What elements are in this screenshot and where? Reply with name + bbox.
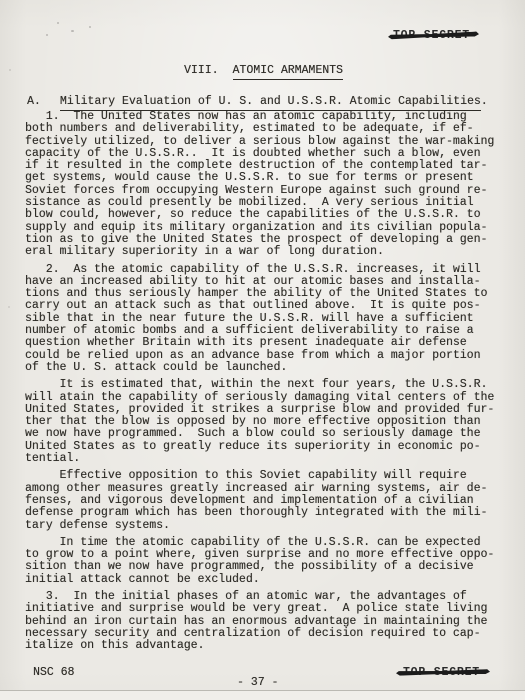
title-text: ATOMIC ARMAMENTS xyxy=(233,64,343,80)
paragraph-6: 3. In the initial phases of an atomic wa… xyxy=(25,591,511,652)
scanned-document-page: { "doc": { "stamps": { "top": "TOP SECRE… xyxy=(0,0,525,700)
paper-speckle xyxy=(89,26,91,28)
page-number: - 37 - xyxy=(237,676,278,689)
title-numeral: VIII. xyxy=(184,64,219,77)
document-body: 1. The United States now has an atomic c… xyxy=(25,111,511,657)
paper-speckle xyxy=(71,30,74,32)
paragraph-1: 1. The United States now has an atomic c… xyxy=(25,111,511,259)
paragraph-3: It is estimated that, within the next fo… xyxy=(25,379,511,465)
classification-stamp-top: TOP SECRET xyxy=(393,29,470,42)
classification-stamp-bottom: TOP SECRET xyxy=(403,666,480,679)
section-label: A. xyxy=(27,95,41,108)
paper-speckle xyxy=(46,34,48,36)
section-heading: A.Military Evaluation of U. S. and U.S.S… xyxy=(27,95,488,108)
paragraph-5: In time the atomic capability of the U.S… xyxy=(25,537,511,586)
paper-speckle xyxy=(9,69,11,71)
document-id: NSC 68 xyxy=(33,666,74,679)
paragraph-4: Effective opposition to this Soviet capa… xyxy=(25,470,511,531)
page-title: VIII.ATOMIC ARMAMENTS xyxy=(184,64,343,77)
section-suffix: . xyxy=(481,95,488,108)
scan-edge-margin xyxy=(0,691,525,700)
section-text: Military Evaluation of U. S. and U.S.S.R… xyxy=(60,95,481,111)
paper-speckle xyxy=(57,22,59,24)
paper-speckle xyxy=(8,306,10,308)
paragraph-2: 2. As the atomic capability of the U.S.S… xyxy=(25,264,511,375)
